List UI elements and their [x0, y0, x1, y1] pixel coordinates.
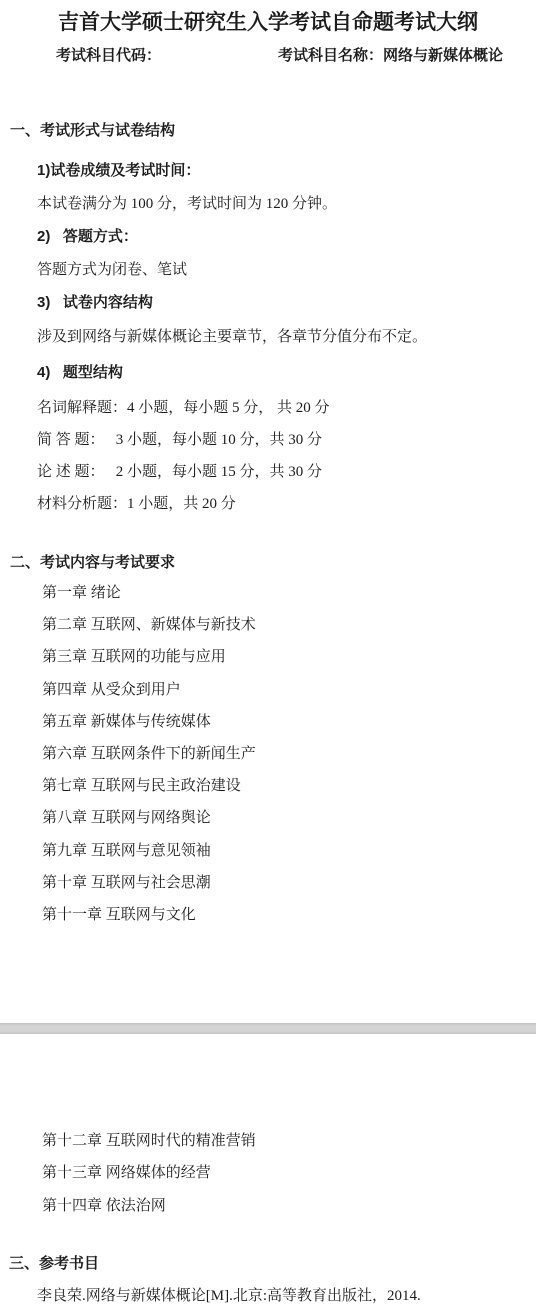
doc-title: 吉首大学硕士研究生入学考试自命题考试大纲 — [0, 10, 536, 35]
sub-heading-question-structure: 4) 题型结构 — [37, 364, 123, 382]
sub-heading-answer-mode: 2) 答题方式： — [37, 228, 138, 246]
chapter-line: 第三章 互联网的功能与应用 — [42, 648, 226, 666]
answer-mode-text: 答题方式为闭卷、笔试 — [37, 261, 187, 279]
section-3-heading: 三、参考书目 — [9, 1255, 99, 1273]
chapter-line: 第十四章 依法治网 — [42, 1197, 166, 1215]
chapter-line: 第六章 互联网条件下的新闻生产 — [42, 745, 256, 763]
chapter-line: 第十章 互联网与社会思潮 — [42, 874, 211, 892]
page-break-divider — [0, 1023, 536, 1034]
chapter-line: 第七章 互联网与民主政治建设 — [42, 777, 241, 795]
document-page: 吉首大学硕士研究生入学考试自命题考试大纲 考试科目代码： 考试科目名称：网络与新… — [0, 0, 536, 1313]
content-structure-text: 涉及到网络与新媒体概论主要章节，各章节分值分布不定。 — [37, 328, 427, 346]
chapter-line: 第十三章 网络媒体的经营 — [42, 1164, 211, 1182]
score-time-text: 本试卷满分为 100 分，考试时间为 120 分钟。 — [37, 195, 337, 213]
subject-name-label: 考试科目名称： — [278, 47, 383, 64]
question-type-line: 名词解释题：4 小题，每小题 5 分， 共 20 分 — [37, 399, 330, 417]
question-type-line: 论 述 题： 2 小题，每小题 15 分，共 30 分 — [37, 463, 322, 481]
subject-name: 考试科目名称：网络与新媒体概论 — [278, 47, 503, 65]
chapter-line: 第四章 从受众到用户 — [42, 681, 181, 699]
subject-name-value: 网络与新媒体概论 — [383, 47, 503, 64]
sub-heading-content-structure: 3) 试卷内容结构 — [37, 294, 153, 312]
subject-code-label: 考试科目代码： — [56, 47, 161, 65]
chapter-line: 第一章 绪论 — [42, 584, 121, 602]
chapter-line: 第十一章 互联网与文化 — [42, 906, 196, 924]
chapter-line: 第九章 互联网与意见领袖 — [42, 842, 211, 860]
section-2-heading: 二、考试内容与考试要求 — [10, 554, 175, 572]
section-1-heading: 一、考试形式与试卷结构 — [10, 122, 175, 140]
question-type-line: 材料分析题：1 小题，共 20 分 — [37, 495, 236, 513]
chapter-line: 第二章 互联网、新媒体与新技术 — [42, 616, 256, 634]
chapter-line: 第五章 新媒体与传统媒体 — [42, 713, 211, 731]
chapter-line: 第十二章 互联网时代的精准营销 — [42, 1132, 256, 1150]
sub-heading-score-time: 1)试卷成绩及考试时间： — [37, 162, 200, 180]
reference-line: 李良荣.网络与新媒体概论[M].北京:高等教育出版社，2014. — [37, 1287, 421, 1305]
question-type-line: 简 答 题： 3 小题，每小题 10 分，共 30 分 — [37, 431, 322, 449]
chapter-line: 第八章 互联网与网络舆论 — [42, 809, 211, 827]
